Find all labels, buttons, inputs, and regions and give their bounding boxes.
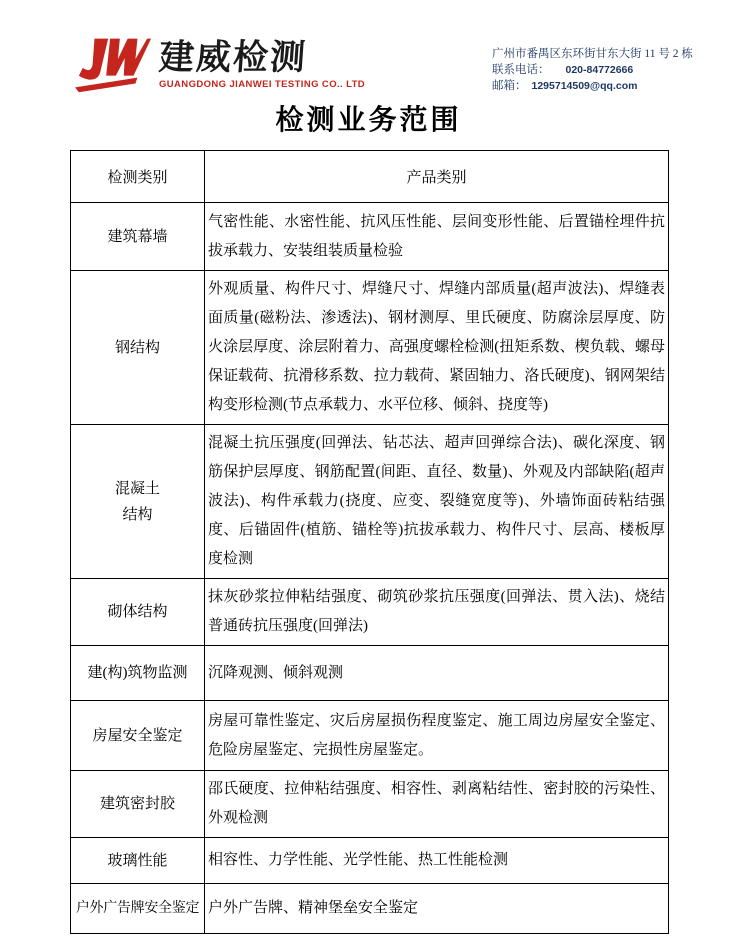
jw-logo-icon: [75, 32, 153, 94]
document-page: 建威检测 GUANGDONG JIANWEI TESTING CO.. LTD …: [0, 0, 737, 936]
table-row: 房屋安全鉴定 房屋可靠性鉴定、灾后房屋损伤程度鉴定、施工周边房屋安全鉴定、危险房…: [71, 701, 669, 771]
table-row: 玻璃性能 相容性、力学性能、光学性能、热工性能检测: [71, 838, 669, 884]
products-cell: 抹灰砂浆拉伸粘结强度、砌筑砂浆抗压强度(回弹法、贯入法)、烧结普通砖抗压强度(回…: [205, 579, 669, 646]
column-header-category: 检测类别: [71, 151, 205, 203]
document-header: 建威检测 GUANGDONG JIANWEI TESTING CO.. LTD …: [0, 30, 737, 105]
table-row: 户外广告牌安全鉴定 户外广告牌、精神堡垒安全鉴定: [71, 884, 669, 934]
products-cell: 户外广告牌、精神堡垒安全鉴定: [205, 884, 669, 934]
column-header-products: 产品类别: [205, 151, 669, 203]
contact-address: 广州市番禺区东环街甘东大街 11 号 2 栋: [492, 46, 693, 62]
table-row: 建筑幕墙 气密性能、水密性能、抗风压性能、层间变形性能、后置锚栓埋件抗拔承载力、…: [71, 203, 669, 271]
table-row: 钢结构 外观质量、构件尺寸、焊缝尺寸、焊缝内部质量(超声波法)、焊缝表面质量(磁…: [71, 271, 669, 425]
contact-phone: 联系电话：020-84772666: [492, 62, 693, 78]
category-cell: 建筑幕墙: [71, 203, 205, 271]
products-cell: 房屋可靠性鉴定、灾后房屋损伤程度鉴定、施工周边房屋安全鉴定、危险房屋鉴定、完损性…: [205, 701, 669, 771]
table-row: 混凝土 结构 混凝土抗压强度(回弹法、钻芯法、超声回弹综合法)、碳化深度、钢筋保…: [71, 425, 669, 579]
contact-info: 广州市番禺区东环街甘东大街 11 号 2 栋 联系电话：020-84772666…: [492, 46, 693, 94]
products-cell: 气密性能、水密性能、抗风压性能、层间变形性能、后置锚栓埋件抗拔承载力、安装组装质…: [205, 203, 669, 271]
phone-number: 020-84772666: [566, 64, 634, 76]
category-cell: 建(构)筑物监测: [71, 646, 205, 701]
products-cell: 相容性、力学性能、光学性能、热工性能检测: [205, 838, 669, 884]
company-logo: 建威检测 GUANGDONG JIANWEI TESTING CO.. LTD: [75, 32, 365, 94]
brand-name-cn: 建威检测: [158, 40, 367, 76]
table-row: 砌体结构 抹灰砂浆拉伸粘结强度、砌筑砂浆抗压强度(回弹法、贯入法)、烧结普通砖抗…: [71, 579, 669, 646]
category-cell: 户外广告牌安全鉴定: [71, 884, 205, 934]
email-address: 1295714509@qq.com: [532, 80, 638, 92]
category-cell: 钢结构: [71, 271, 205, 425]
products-cell: 混凝土抗压强度(回弹法、钻芯法、超声回弹综合法)、碳化深度、钢筋保护层厚度、钢筋…: [205, 425, 669, 579]
table-header-row: 检测类别 产品类别: [71, 151, 669, 203]
contact-email: 邮箱：1295714509@qq.com: [492, 78, 693, 94]
table-row: 建筑密封胶 邵氏硬度、拉伸粘结强度、相容性、剥离粘结性、密封胶的污染性、外观检测: [71, 771, 669, 838]
email-label: 邮箱：: [492, 80, 527, 92]
products-cell: 外观质量、构件尺寸、焊缝尺寸、焊缝内部质量(超声波法)、焊缝表面质量(磁粉法、渗…: [205, 271, 669, 425]
phone-label: 联系电话：: [492, 64, 550, 76]
category-cell: 砌体结构: [71, 579, 205, 646]
table-row: 建(构)筑物监测 沉降观测、倾斜观测: [71, 646, 669, 701]
category-cell: 房屋安全鉴定: [71, 701, 205, 771]
page-title: 检测业务范围: [0, 98, 737, 138]
logo-text-block: 建威检测 GUANGDONG JIANWEI TESTING CO.. LTD: [159, 40, 365, 90]
category-cell: 建筑密封胶: [71, 771, 205, 838]
brand-name-en: GUANGDONG JIANWEI TESTING CO.. LTD: [159, 79, 365, 90]
products-cell: 沉降观测、倾斜观测: [205, 646, 669, 701]
business-scope-table: 检测类别 产品类别 建筑幕墙 气密性能、水密性能、抗风压性能、层间变形性能、后置…: [70, 150, 669, 934]
products-cell: 邵氏硬度、拉伸粘结强度、相容性、剥离粘结性、密封胶的污染性、外观检测: [205, 771, 669, 838]
category-cell: 混凝土 结构: [71, 425, 205, 579]
category-cell: 玻璃性能: [71, 838, 205, 884]
